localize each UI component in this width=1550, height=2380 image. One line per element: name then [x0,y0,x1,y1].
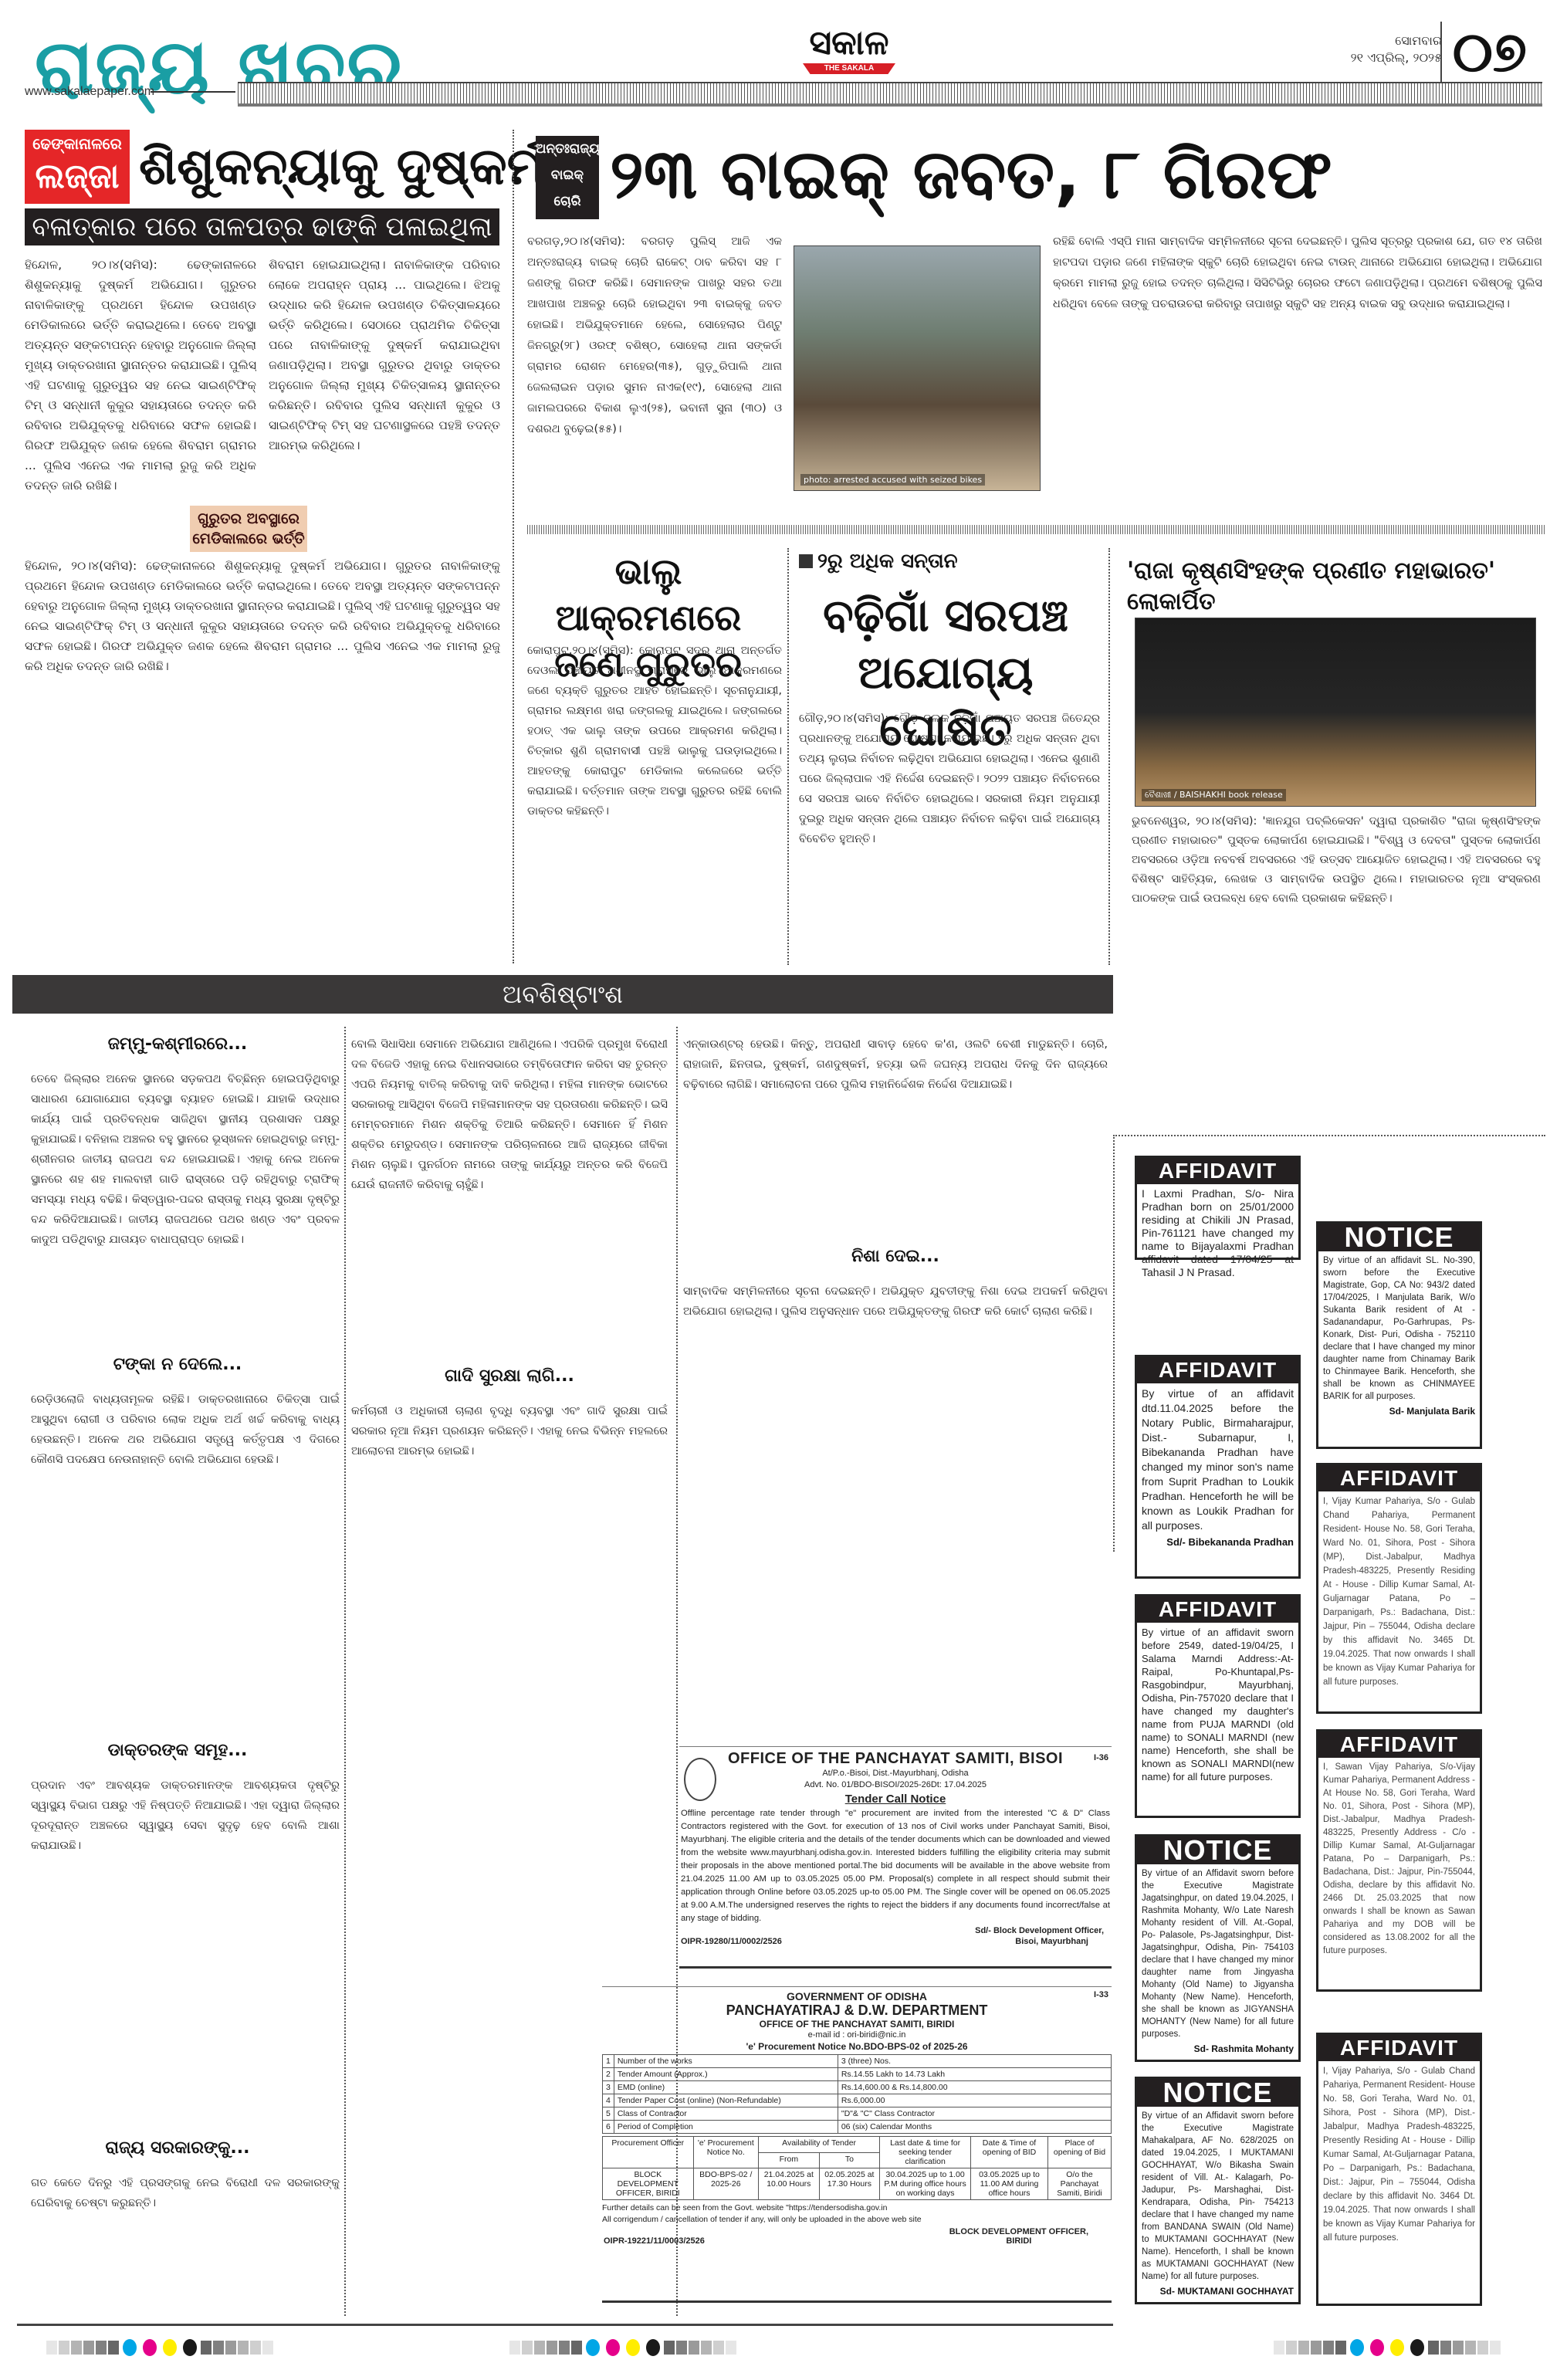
tender-office: OFFICE OF THE PANCHAYAT SAMITI, BIRIDI [602,2019,1112,2030]
divider [151,91,235,93]
story-body-continued: ହିନ୍ଦୋଳ, ୨୦।୪(ସମିସ): ଢେଙ୍କାନାଳରେ ଶିଶୁକନ୍… [25,556,500,973]
continuation-title: ଗାଦି ସୁରକ୍ଷା ଲାଗି... [351,1366,668,1386]
magenta-dot [606,2339,620,2356]
ad-signature: Sd- Manjulata Barik [1318,1406,1480,1420]
ad-body: I, Vijay Kumar Pahariya, S/o - Gulab Cha… [1318,1491,1480,1692]
ad-signature: Sd/- Bibekananda Pradhan [1137,1536,1298,1551]
ad-code: I-36 [1094,1753,1108,1762]
tender-reference: OIPR-19221/11/0003/2526 [604,2236,705,2246]
ad-title: NOTICE [1318,1224,1480,1251]
square-bullet-icon [799,554,813,568]
continuation-body: ରେଡ଼ିଓଲୋଜି ବାଧ୍ୟତାମୂଳକ ରହିଛି। ଡାକ୍ତରଖାନା… [31,1390,340,1714]
ad-title: NOTICE [1137,2079,1298,2107]
story-body: କୋରାପୁଟ,୨୦।୪(ସମିସ): କୋରାପୁଟ ସଦର ଥାନା ଅନ୍… [527,641,782,965]
classified-ad[interactable]: NOTICE By virtue of an Affidavit sworn b… [1135,1834,1301,2062]
headline-dhenkanal[interactable]: ଶିଶୁକନ୍ୟାକୁ ଦୁଷ୍କର୍ମ [139,128,545,205]
color-registration-bar [1274,2339,1501,2356]
ad-body: I, Vijay Pahariya, S/o - Gulab Chand Pah… [1318,2061,1480,2248]
continuation-title: ଜମ୍ମୁ-କଶ୍ମୀରରେ... [15,1034,340,1054]
black-dot [183,2339,197,2356]
magenta-dot [1370,2339,1384,2356]
tender-footer-note: All corrigendum / cancellation of tender… [602,2214,1112,2226]
headline-mahabharat[interactable]: 'ରାଜା କୃଷ୍ଣସିଂହଙ୍କ ପ୍ରଣୀତ ମହାଭାରତ' ଲୋକାର… [1127,556,1544,618]
yellow-dot [1390,2339,1404,2356]
column-divider [787,548,789,965]
continuation-title: ନିଶା ଦେଇ... [683,1247,1108,1266]
row-divider [1113,1135,1545,1136]
classified-ad[interactable]: NOTICE By virtue of an affidavit SL. No-… [1316,1221,1482,1449]
kicker-big: ଲଜ୍ଜା [25,154,130,199]
cyan-dot [586,2339,600,2356]
classified-ad[interactable]: AFFIDAVIT I, Vijay Pahariya, S/o - Gulab… [1316,2033,1482,2306]
color-registration-bar [46,2339,273,2356]
page-number: ୦୭ [1440,22,1527,82]
section-header-continuations: ଅବଶିଷ୍ଟାଂଶ [12,975,1113,1014]
tender-signature: BLOCK DEVELOPMENT OFFICER, [949,2227,1088,2236]
issue-date: ସୋମବାର ୨୧ ଏପ୍ରିଲ୍, ୨୦୨୫ [1351,32,1442,66]
ad-body: I, Sawan Vijay Pahariya, S/o-Vijay Kumar… [1318,1758,1480,1961]
ad-title: AFFIDAVIT [1318,1465,1480,1491]
logo-text: ସକାଳ [791,23,907,63]
ad-body: By virtue of an affidavit sworn before 2… [1137,1623,1298,1786]
ad-signature: Sd- Rashmita Mohanty [1137,2043,1298,2057]
website-link[interactable]: www.sakalaepaper.com [25,85,154,99]
story-body-col1: ବରଗଡ଼,୨୦।୪(ସମିସ): ବରଗଡ଼ ପୁଲିସ୍ ଆଜି ଏକ ଅନ… [527,232,782,517]
tender-notice-bisoi[interactable]: OFFICE OF THE PANCHAYAT SAMITI, BISOI I-… [679,1746,1112,1969]
classified-ad[interactable]: AFFIDAVIT By virtue of an affidavit swor… [1135,1594,1301,1818]
tender-website-link[interactable]: Further details can be seen from the Gov… [602,2202,1112,2214]
newspaper-logo: ସକାଳ THE SAKALA [791,23,907,77]
ad-title: NOTICE [1137,1837,1298,1864]
column-divider [1108,548,1110,965]
tender-reference: OIPR-19280/11/0002/2526 [681,1937,782,1946]
header-barcode-strip [238,82,1542,107]
issue-day: ସୋମବାର [1351,32,1442,49]
ad-title: AFFIDAVIT [1137,1596,1298,1623]
tender-address: At/P.o.-Bisoi, Dist.-Mayurbhanj, Odisha [679,1768,1112,1779]
ad-body: By virtue of an Affidavit sworn before t… [1137,2107,1298,2286]
classified-ad[interactable]: AFFIDAVIT I, Vijay Kumar Pahariya, S/o -… [1316,1463,1482,1714]
tender-dept: PANCHAYATIRAJ & D.W. DEPARTMENT [602,2003,1112,2019]
news-photo[interactable]: photo: arrested accused with seized bike… [794,245,1041,491]
bottom-rule [17,2324,1113,2326]
story-kicker-badge: ଢେଙ୍କାନାଳରେ ଲଜ୍ଜା [25,130,130,204]
yellow-dot [163,2339,177,2356]
tender-gov: GOVERNMENT OF ODISHA [602,1990,1112,2003]
ad-body: By virtue of an Affidavit sworn before t… [1137,1864,1298,2043]
story-kicker: ୨ରୁ ଅଧିକ ସନ୍ତାନ [799,550,958,574]
ad-title: AFFIDAVIT [1137,1158,1298,1184]
continuation-body: ବୋଲି ସିଧାସିଧା ସେମାନେ ଅଭିଯୋଗ ଆଣିଥିଲେ। ଏପର… [351,1034,668,1359]
photo-caption: photo: arrested accused with seized bike… [800,474,985,486]
ad-code: I-33 [1094,1990,1108,1999]
story-body: ଗୌଡ଼,୨୦।୪(ସମିସ): ଗୌଡ଼ ବ୍ଲକ ବଢ଼ିଗାଁ ପଞ୍ଚା… [799,709,1100,963]
ad-title: AFFIDAVIT [1318,1732,1480,1758]
black-dot [1410,2339,1424,2356]
classified-ad[interactable]: AFFIDAVIT I, Sawan Vijay Pahariya, S/o-V… [1316,1729,1482,1992]
tender-schedule-table: Procurement Officer 'e' Procurement Noti… [602,2136,1112,2200]
tender-subtitle: Tender Call Notice [679,1793,1112,1806]
kicker-text: ୨ରୁ ଅଧିକ ସନ୍ତାନ [817,550,958,573]
tender-email: e-mail id : ori-biridi@nic.in [602,2030,1112,2041]
issue-date-text: ୨୧ ଏପ୍ରିଲ୍, ୨୦୨୫ [1351,49,1442,66]
pull-quote: ଗୁରୁତର ଅବସ୍ଥାରେ ମେଡିକାଲରେ ଭର୍ତ୍ତି [190,506,307,552]
section-separator [527,525,1545,534]
tender-notice-biridi[interactable]: GOVERNMENT OF ODISHA I-33 PANCHAYATIRAJ … [602,1986,1112,2303]
ad-body: By virtue of an affidavit SL. No-390, sw… [1318,1251,1480,1406]
continuation-body: ତେବେ ଜିଲ୍ଲାର ଅନେକ ସ୍ଥାନରେ ସଡ଼କପଥ ବିଚ୍ଛିନ… [31,1069,340,1347]
cyan-dot [123,2339,137,2356]
tender-advt-no: Advt. No. 01/BDO-BISOI/2025-26Dt: 17.04.… [679,1779,1112,1791]
continuation-body: ପ୍ରଦାନ ଏବଂ ଆବଶ୍ୟକ ଡାକ୍ତରମାନଙ୍କ ଆବଶ୍ୟକତା … [31,1776,340,2131]
odisha-emblem-icon [684,1758,716,1801]
logo-band: THE SAKALA [803,63,895,74]
classified-ad[interactable]: NOTICE By virtue of an Affidavit sworn b… [1135,2077,1301,2304]
tender-title: OFFICE OF THE PANCHAYAT SAMITI, BISOI [679,1750,1112,1768]
photo-caption: ବୈଶାଖୀ / BAISHAKHI book release [1142,789,1286,801]
ad-title: AFFIDAVIT [1137,1357,1298,1383]
column-divider [344,1027,346,2316]
tender-details-table: 1Number of the works3 (three) Nos. 2Tend… [602,2054,1112,2134]
column-divider [1113,1135,1115,1552]
magenta-dot [143,2339,157,2356]
continuation-title: ରାଜ୍ୟ ସରକାରଙ୍କୁ... [15,2138,340,2158]
color-registration-bar [509,2339,736,2356]
subhead-dhenkanal: ବଳାତ୍କାର ପରେ ତାଳପତ୍ର ଢାଙ୍କି ପଳାଇଥିଲା [25,208,499,245]
continuation-title: ଟଙ୍କା ନ ଦେଲେ... [15,1355,340,1374]
kicker-line: ବାଇକ୍ ଚୋରି [536,162,599,215]
black-dot [646,2339,660,2356]
story-body-col2: ରହିଛି ବୋଲି ଏସ୍‌ପି ମାନା ସାମ୍ବାଦିକ ସମ୍ମିଳନ… [1053,232,1542,517]
ad-title: AFFIDAVIT [1318,2035,1480,2061]
continuation-body: ଏନ୍‌କାଉଣ୍ଟର୍ ହେଉଛି। କିନ୍ତୁ, ଅପରାଧୀ ସାବାଡ… [683,1034,1108,1243]
tender-body: Offline percentage rate tender through "… [679,1807,1112,1925]
kicker-small: ଢେଙ୍କାନାଳରେ [25,133,130,154]
tender-signature-place: Bisoi, Mayurbhanj [1015,1937,1088,1946]
story-body: ଭୁବନେଶ୍ୱର, ୨୦।୪(ସମିସ): 'ଜ୍ଞାନଯୁଗ ପବ୍ଲିକେ… [1132,812,1541,967]
yellow-dot [626,2339,640,2356]
continuation-title: ଡାକ୍ତରଙ୍କ ସମୂହ... [15,1741,340,1760]
continuation-body: ଗତ କେତେ ଦିନରୁ ଏହି ପ୍ରସଙ୍ଗକୁ ନେଇ ବିରୋଧୀ ଦ… [31,2173,340,2312]
column-divider [513,130,514,963]
continuation-body: ସାମ୍ବାଦିକ ସମ୍ମିଳନୀରେ ସୂଚନା ଦେଇଛନ୍ତି। ଅଭି… [683,1281,1108,1737]
tender-notice-no: 'e' Procurement Notice No.BDO-BPS-02 of … [602,2041,1112,2052]
tender-signature: Sd/- Block Development Officer, [679,1925,1112,1937]
tender-signature-place: BIRIDI [1006,2236,1031,2246]
headline-bikes[interactable]: ୨୩ ବାଇକ୍ ଜବତ, ୮ ଗିରଫ [610,130,1332,219]
ad-signature: Sd- MUKTAMANI GOCHHAYAT [1137,2286,1298,2300]
story-kicker-badge: ଅନ୍ତଃରାଜ୍ୟ ବାଇକ୍ ଚୋରି ରାକେଟ୍ ଠାବ [536,136,599,219]
ad-body: I Laxmi Pradhan, S/o- Nira Pradhan born … [1137,1184,1298,1282]
kicker-line: ଅନ୍ତଃରାଜ୍ୟ [536,136,599,162]
classified-ad[interactable]: AFFIDAVIT By virtue of an affidavit dtd.… [1135,1355,1301,1579]
ad-body: By virtue of an affidavit dtd.11.04.2025… [1137,1383,1298,1536]
event-photo[interactable]: ବୈଶାଖୀ / BAISHAKHI book release [1135,618,1536,807]
classified-ad[interactable]: AFFIDAVIT I Laxmi Pradhan, S/o- Nira Pra… [1135,1156,1301,1260]
cyan-dot [1350,2339,1364,2356]
